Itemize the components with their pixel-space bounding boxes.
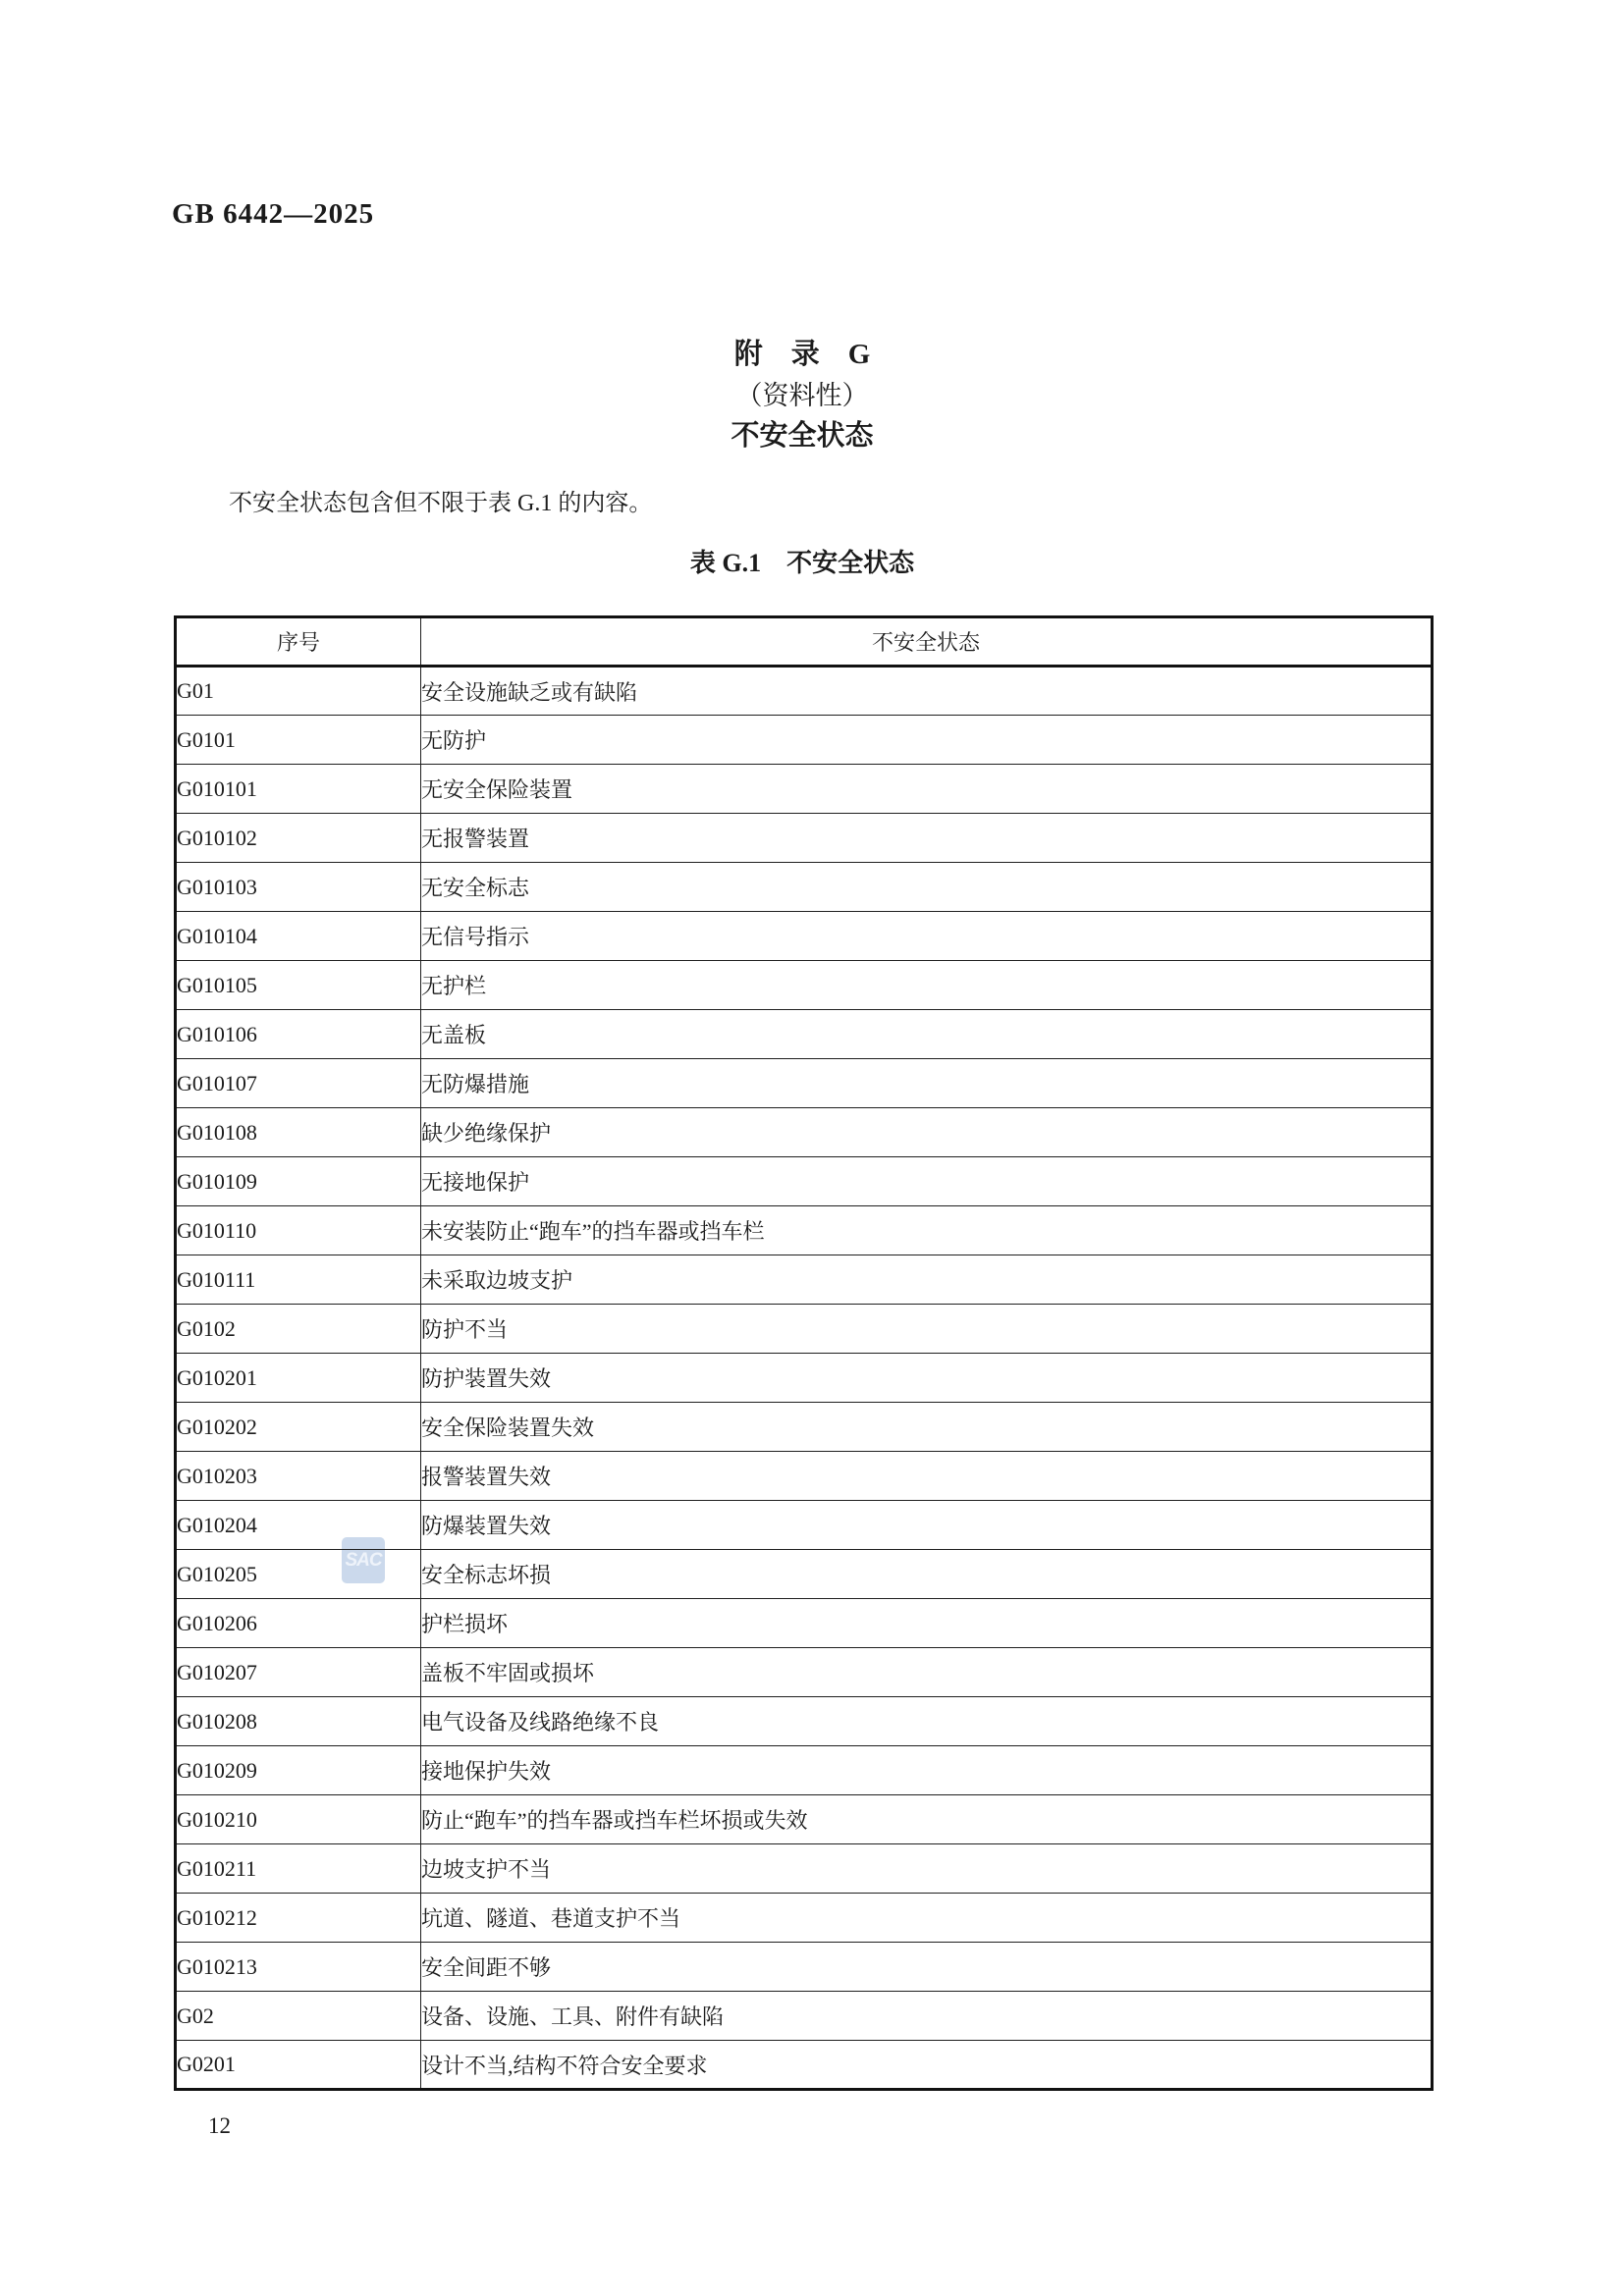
state-cell: 无安全标志 xyxy=(421,863,1433,912)
page-number: 12 xyxy=(208,2113,231,2139)
document-page: GB 6442—2025 附 录 G （资料性） 不安全状态 不安全状态包含但不… xyxy=(0,0,1624,2296)
table-row: G010207 盖板不牢固或损坏 xyxy=(176,1648,1433,1697)
table-row: G010110 未安装防止“跑车”的挡车器或挡车栏 xyxy=(176,1206,1433,1255)
serial-cell: G0201 xyxy=(176,2041,421,2090)
serial-cell: G01 xyxy=(176,667,421,716)
serial-cell: G010211 xyxy=(176,1844,421,1894)
state-cell: 无报警装置 xyxy=(421,814,1433,863)
serial-cell: G010101 xyxy=(176,765,421,814)
state-cell: 报警装置失效 xyxy=(421,1452,1433,1501)
state-cell: 防护装置失效 xyxy=(421,1354,1433,1403)
serial-cell: G010208 xyxy=(176,1697,421,1746)
state-cell: 盖板不牢固或损坏 xyxy=(421,1648,1433,1697)
intro-paragraph: 不安全状态包含但不限于表 G.1 的内容。 xyxy=(229,483,652,517)
table-row: G010206 护栏损坏 xyxy=(176,1599,1433,1648)
table-row: G010201 防护装置失效 xyxy=(176,1354,1433,1403)
state-cell: 无信号指示 xyxy=(421,912,1433,961)
table-caption: 表 G.1 不安全状态 xyxy=(0,543,1604,579)
state-cell: 安全保险装置失效 xyxy=(421,1403,1433,1452)
state-cell: 缺少绝缘保护 xyxy=(421,1108,1433,1157)
table-row: G010108 缺少绝缘保护 xyxy=(176,1108,1433,1157)
table-row: G010209 接地保护失效 xyxy=(176,1746,1433,1795)
state-cell: 防止“跑车”的挡车器或挡车栏坏损或失效 xyxy=(421,1795,1433,1844)
serial-cell: G010110 xyxy=(176,1206,421,1255)
state-cell: 边坡支护不当 xyxy=(421,1844,1433,1894)
table-row: G010109 无接地保护 xyxy=(176,1157,1433,1206)
col-header-serial: 序号 xyxy=(176,617,421,667)
col-header-state: 不安全状态 xyxy=(421,617,1433,667)
table-row: G010205 安全标志坏损 xyxy=(176,1550,1433,1599)
serial-cell: G010102 xyxy=(176,814,421,863)
serial-cell: G010104 xyxy=(176,912,421,961)
unsafe-states-table: 序号 不安全状态 G01 安全设施缺乏或有缺陷 G0101 无防护 G01010… xyxy=(174,615,1434,2091)
serial-cell: G010201 xyxy=(176,1354,421,1403)
state-cell: 安全设施缺乏或有缺陷 xyxy=(421,667,1433,716)
table-row: G010103 无安全标志 xyxy=(176,863,1433,912)
table-row: G0102 防护不当 xyxy=(176,1305,1433,1354)
serial-cell: G010203 xyxy=(176,1452,421,1501)
state-cell: 无盖板 xyxy=(421,1010,1433,1059)
serial-cell: G010205 xyxy=(176,1550,421,1599)
table-row: G0201 设计不当,结构不符合安全要求 xyxy=(176,2041,1433,2090)
table-row: G010204 防爆装置失效 xyxy=(176,1501,1433,1550)
state-cell: 未安装防止“跑车”的挡车器或挡车栏 xyxy=(421,1206,1433,1255)
serial-cell: G0102 xyxy=(176,1305,421,1354)
serial-cell: G010204 xyxy=(176,1501,421,1550)
table-row: G010203 报警装置失效 xyxy=(176,1452,1433,1501)
serial-cell: G010108 xyxy=(176,1108,421,1157)
table-row: G010105 无护栏 xyxy=(176,961,1433,1010)
serial-cell: G010212 xyxy=(176,1894,421,1943)
serial-cell: G010210 xyxy=(176,1795,421,1844)
appendix-title: 附 录 G xyxy=(0,332,1604,372)
table-row: G010111 未采取边坡支护 xyxy=(176,1255,1433,1305)
table-row: G010106 无盖板 xyxy=(176,1010,1433,1059)
state-cell: 防爆装置失效 xyxy=(421,1501,1433,1550)
table-row: G010211 边坡支护不当 xyxy=(176,1844,1433,1894)
table-row: G010107 无防爆措施 xyxy=(176,1059,1433,1108)
state-cell: 设备、设施、工具、附件有缺陷 xyxy=(421,1992,1433,2041)
state-cell: 无防护 xyxy=(421,716,1433,765)
table-row: G0101 无防护 xyxy=(176,716,1433,765)
serial-cell: G010202 xyxy=(176,1403,421,1452)
serial-cell: G010213 xyxy=(176,1943,421,1992)
state-cell: 无安全保险装置 xyxy=(421,765,1433,814)
table-row: G010101 无安全保险装置 xyxy=(176,765,1433,814)
serial-cell: G02 xyxy=(176,1992,421,2041)
serial-cell: G010206 xyxy=(176,1599,421,1648)
serial-cell: G010111 xyxy=(176,1255,421,1305)
table-row: G010102 无报警装置 xyxy=(176,814,1433,863)
state-cell: 安全标志坏损 xyxy=(421,1550,1433,1599)
serial-cell: G010106 xyxy=(176,1010,421,1059)
state-cell: 护栏损坏 xyxy=(421,1599,1433,1648)
serial-cell: G010209 xyxy=(176,1746,421,1795)
state-cell: 电气设备及线路绝缘不良 xyxy=(421,1697,1433,1746)
state-cell: 无接地保护 xyxy=(421,1157,1433,1206)
state-cell: 坑道、隧道、巷道支护不当 xyxy=(421,1894,1433,1943)
serial-cell: G010107 xyxy=(176,1059,421,1108)
serial-cell: G010109 xyxy=(176,1157,421,1206)
appendix-heading: 不安全状态 xyxy=(0,413,1604,454)
state-cell: 未采取边坡支护 xyxy=(421,1255,1433,1305)
table-row: G02 设备、设施、工具、附件有缺陷 xyxy=(176,1992,1433,2041)
serial-cell: G010103 xyxy=(176,863,421,912)
state-cell: 防护不当 xyxy=(421,1305,1433,1354)
state-cell: 无防爆措施 xyxy=(421,1059,1433,1108)
table-row: G010202 安全保险装置失效 xyxy=(176,1403,1433,1452)
state-cell: 接地保护失效 xyxy=(421,1746,1433,1795)
doc-code-header: GB 6442—2025 xyxy=(172,198,374,231)
table-row: G010210 防止“跑车”的挡车器或挡车栏坏损或失效 xyxy=(176,1795,1433,1844)
serial-cell: G0101 xyxy=(176,716,421,765)
serial-cell: G010105 xyxy=(176,961,421,1010)
table-row: G01 安全设施缺乏或有缺陷 xyxy=(176,667,1433,716)
state-cell: 安全间距不够 xyxy=(421,1943,1433,1992)
appendix-subtitle: （资料性） xyxy=(0,374,1604,412)
table-row: G010212 坑道、隧道、巷道支护不当 xyxy=(176,1894,1433,1943)
table-header-row: 序号 不安全状态 xyxy=(176,617,1433,667)
serial-cell: G010207 xyxy=(176,1648,421,1697)
table-row: G010208 电气设备及线路绝缘不良 xyxy=(176,1697,1433,1746)
table-row: G010213 安全间距不够 xyxy=(176,1943,1433,1992)
state-cell: 无护栏 xyxy=(421,961,1433,1010)
table-row: G010104 无信号指示 xyxy=(176,912,1433,961)
state-cell: 设计不当,结构不符合安全要求 xyxy=(421,2041,1433,2090)
